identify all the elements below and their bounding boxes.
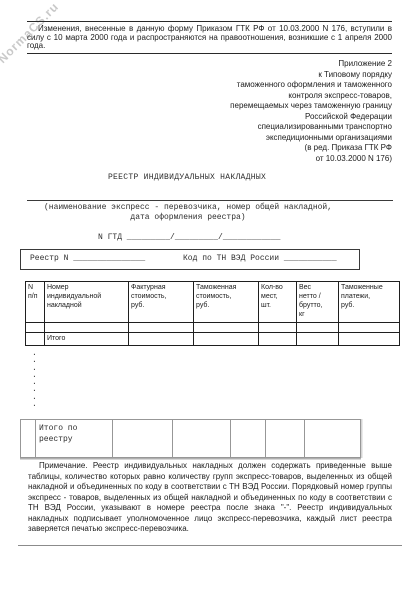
registry-number-field: Реестр N _______________	[30, 254, 145, 263]
column-header-waybill-number: Номер индивидуальной накладной	[45, 282, 129, 323]
appendix-line: Российской Федерации	[28, 112, 392, 123]
note-paragraph: Примечание. Реестр индивидуальных наклад…	[28, 461, 392, 535]
table-cell	[231, 420, 266, 458]
appendix-line: перемещаемых через таможенную границу	[28, 101, 392, 112]
appendix-line: (в ред. Приказа ГТК РФ	[28, 143, 392, 154]
waybills-table-header-row: N п/п Номер индивидуальной накладной Фак…	[26, 282, 400, 323]
tnved-code-field: Код по ТН ВЭД России ___________	[183, 254, 337, 263]
column-header-payments: Таможенные платежи, руб.	[339, 282, 400, 323]
table-cell	[113, 420, 173, 458]
document-title: РЕЕСТР ИНДИВИДУАЛЬНЫХ НАКЛАДНЫХ	[28, 173, 346, 182]
table-cell	[305, 420, 361, 458]
column-header-pieces: Кол-во мест, шт.	[259, 282, 297, 323]
table-cell	[26, 333, 45, 346]
total-row-label: Итого	[45, 333, 129, 346]
registry-total-label: Итого по реестру	[36, 420, 113, 458]
registry-total-table: Итого по реестру	[20, 419, 361, 458]
appendix-line: Приложение 2	[28, 59, 392, 70]
appendix-line: от 10.03.2000 N 176)	[28, 154, 392, 165]
table-cell	[26, 323, 45, 333]
table-cell	[173, 420, 231, 458]
carrier-caption-line1: (наименование экспресс - перевозчика, но…	[27, 203, 349, 213]
amendment-note: Изменения, внесенные в данную форму Прик…	[27, 21, 392, 54]
registry-total-row: Итого по реестру	[21, 420, 361, 458]
total-row: Итого	[26, 333, 400, 346]
bottom-divider	[18, 545, 402, 546]
table-cell	[339, 323, 400, 333]
appendix-block: Приложение 2 к Типовому порядку таможенн…	[28, 59, 392, 164]
table-cell	[129, 333, 194, 346]
table-cell	[259, 333, 297, 346]
appendix-line: таможенного оформления и таможенного	[28, 80, 392, 91]
continuation-dots: . . . . . . . .	[32, 350, 37, 408]
registry-number-box: Реестр N _______________ Код по ТН ВЭД Р…	[20, 249, 360, 270]
table-cell	[297, 333, 339, 346]
table-row	[26, 323, 400, 333]
table-cell	[339, 333, 400, 346]
gtd-number-line: N ГТД _________/_________/____________	[98, 233, 280, 242]
appendix-line: к Типовому порядку	[28, 70, 392, 81]
table-cell	[259, 323, 297, 333]
column-header-num: N п/п	[26, 282, 45, 323]
table-cell	[297, 323, 339, 333]
carrier-signature-rule: (наименование экспресс - перевозчика, но…	[27, 200, 393, 223]
table-cell	[45, 323, 129, 333]
appendix-line: специализированными транспортно	[28, 122, 392, 133]
column-header-customs-value: Таможенная стоимость, руб.	[194, 282, 259, 323]
column-header-weight: Вес нетто / брутто, кг	[297, 282, 339, 323]
document-page: NormaCS.ru Изменения, внесенные в данную…	[0, 0, 420, 600]
carrier-caption: (наименование экспресс - перевозчика, но…	[27, 201, 349, 223]
appendix-line: экспедиционными организациями	[28, 133, 392, 144]
table-cell	[194, 323, 259, 333]
appendix-line: контроля экспресс-товаров,	[28, 91, 392, 102]
carrier-caption-line2: дата оформления реестра)	[27, 213, 349, 223]
amendment-note-text: Изменения, внесенные в данную форму Прик…	[27, 25, 392, 51]
waybills-table: N п/п Номер индивидуальной накладной Фак…	[25, 281, 400, 346]
column-header-invoice-value: Фактурная стоимость, руб.	[129, 282, 194, 323]
table-cell	[129, 323, 194, 333]
table-cell	[266, 420, 305, 458]
table-cell	[194, 333, 259, 346]
table-cell	[21, 420, 36, 458]
